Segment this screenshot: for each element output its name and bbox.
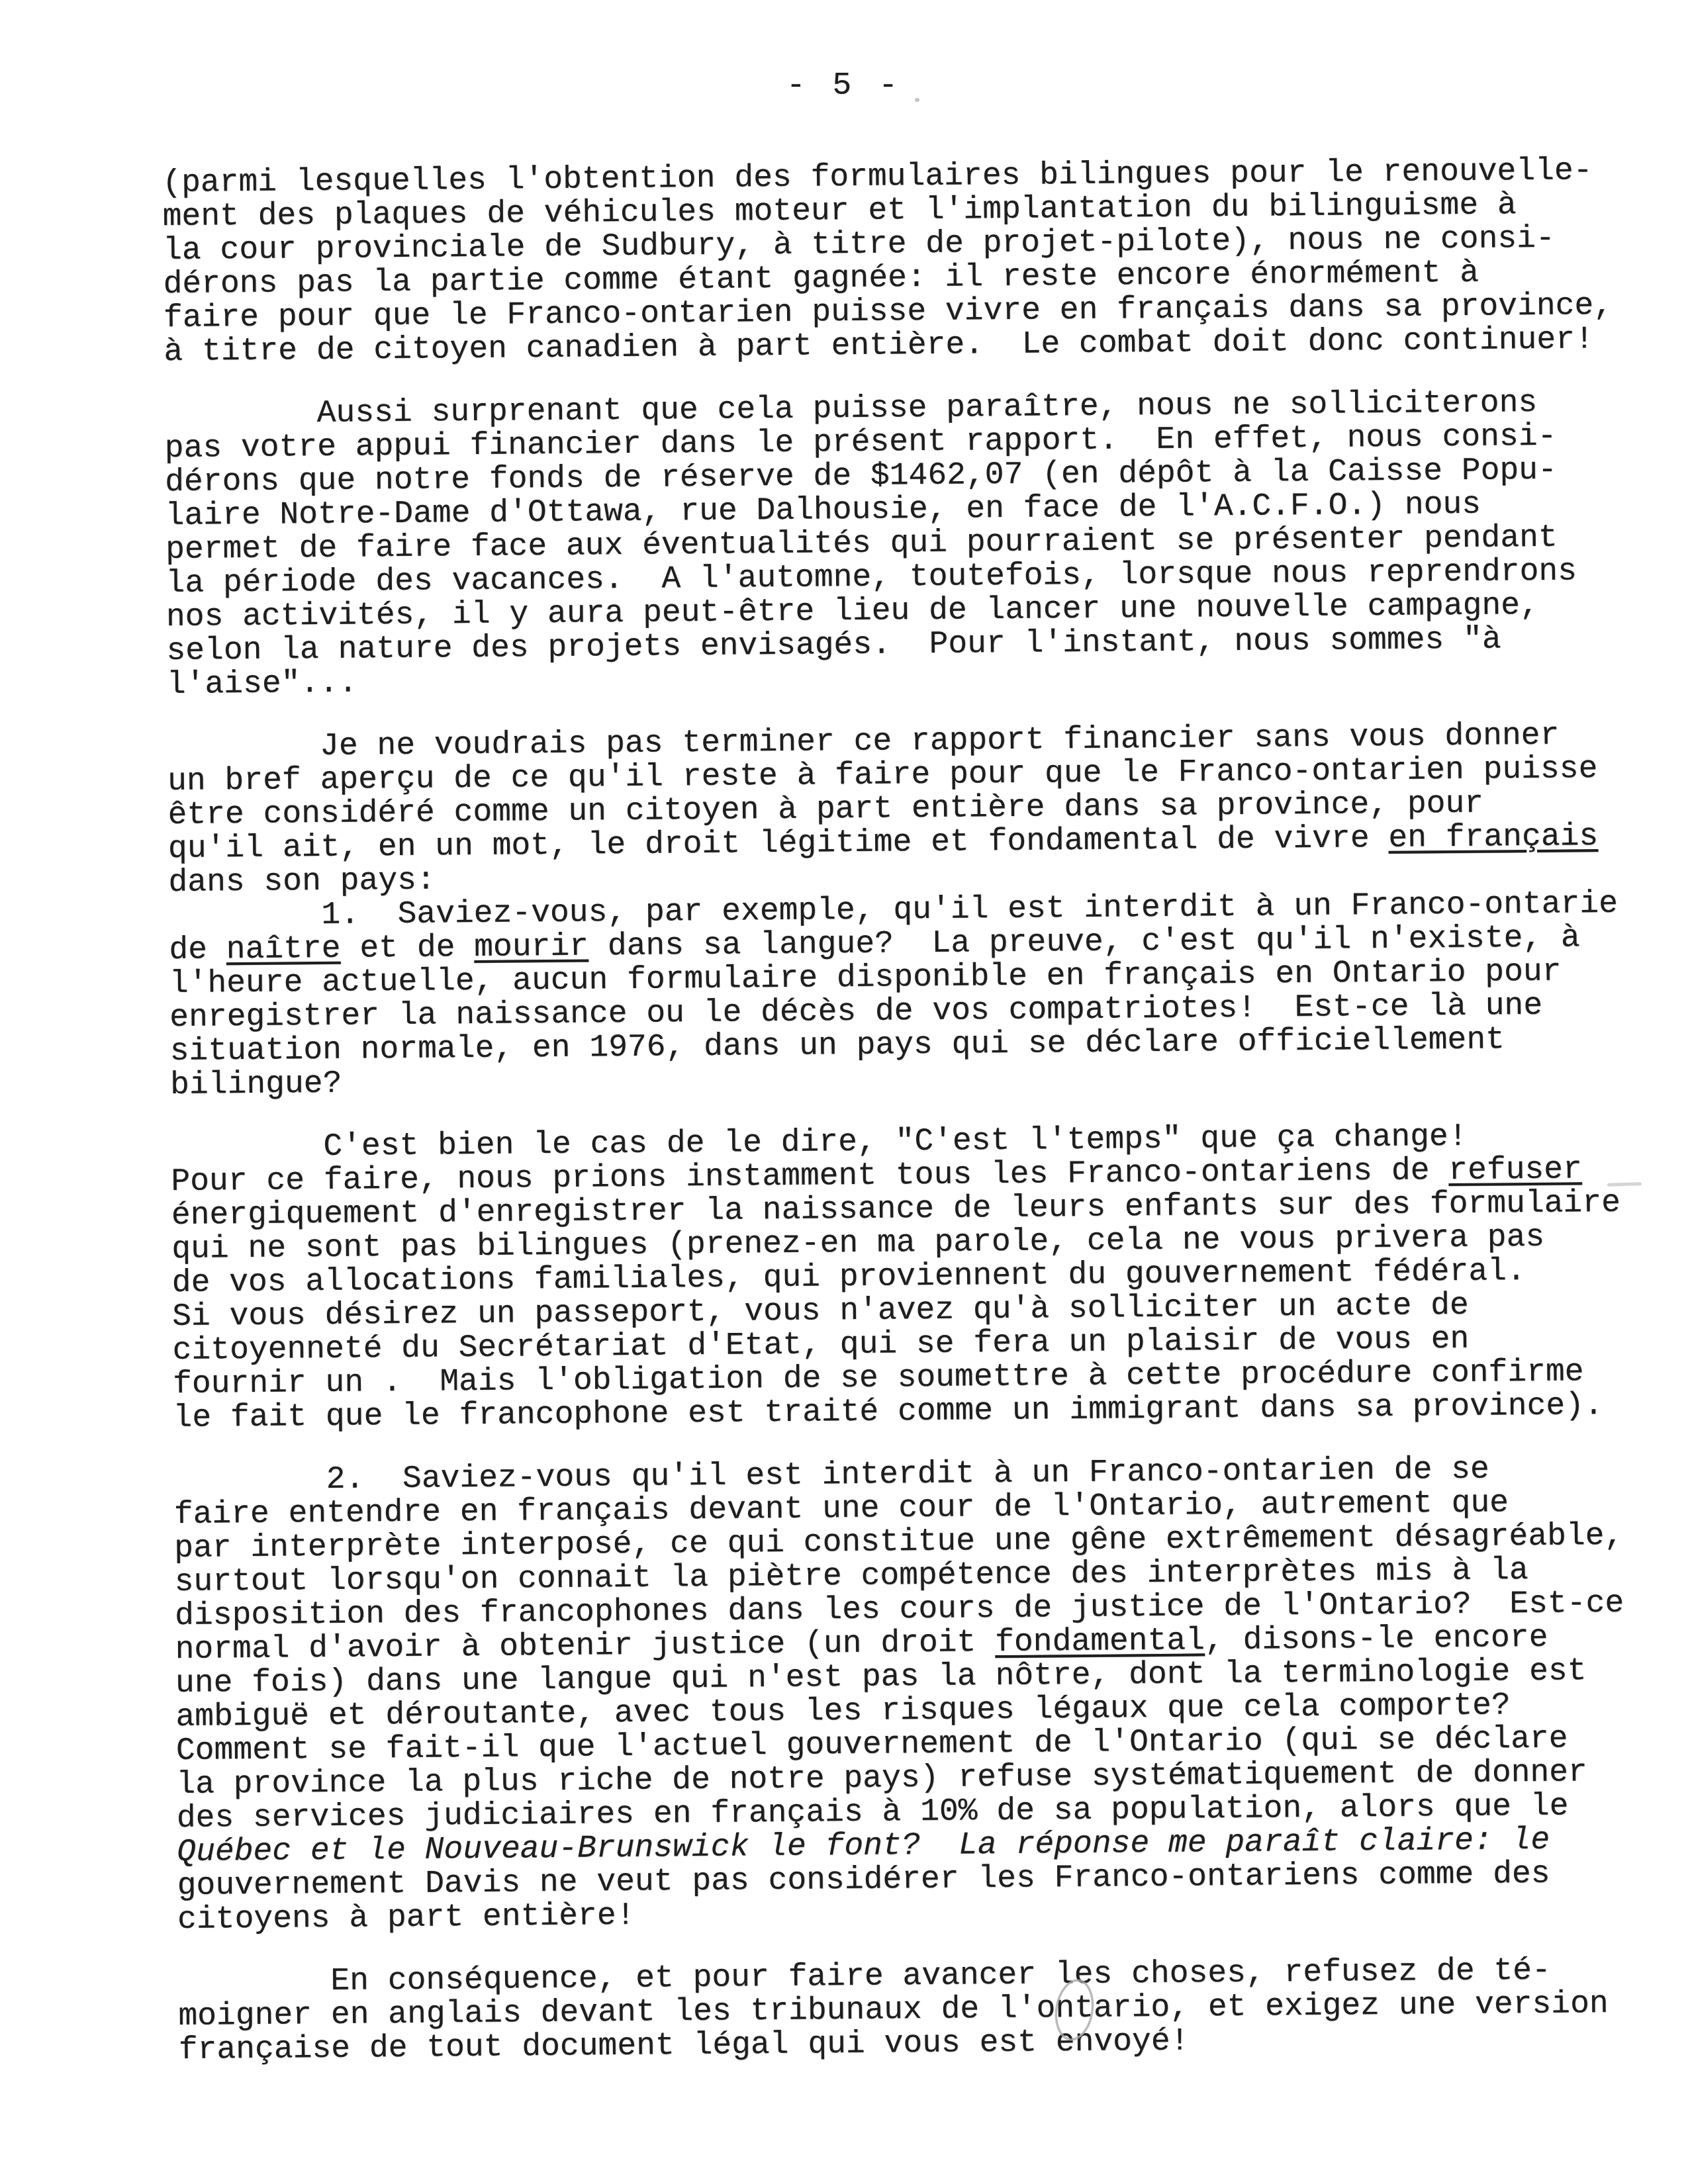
document-page: - 5 - (parmi lesquelles l'obtention des … (0, 0, 1688, 2184)
text-segment: citoyens à part entière! (177, 1898, 635, 1938)
text-segment: et de (340, 930, 474, 967)
text-segment: bilingue? (170, 1066, 342, 1103)
text-segment: de (169, 932, 226, 968)
text-segment: l'aise"... (167, 665, 358, 703)
ink-dot-artifact (915, 98, 919, 102)
page-number: - 5 - (786, 68, 902, 105)
underlined-text: fondamental (995, 1623, 1205, 1661)
document-text: (parmi lesquelles l'obtention des formul… (162, 154, 1681, 2068)
text-segment: , disons-le encore (1205, 1620, 1548, 1659)
underlined-text: mourir (474, 929, 588, 966)
underlined-text: refuser (1448, 1152, 1582, 1189)
underlined-text: naître (226, 931, 341, 968)
text-segment: dans son pays: (168, 862, 436, 901)
underlined-text: en français (1388, 819, 1598, 856)
